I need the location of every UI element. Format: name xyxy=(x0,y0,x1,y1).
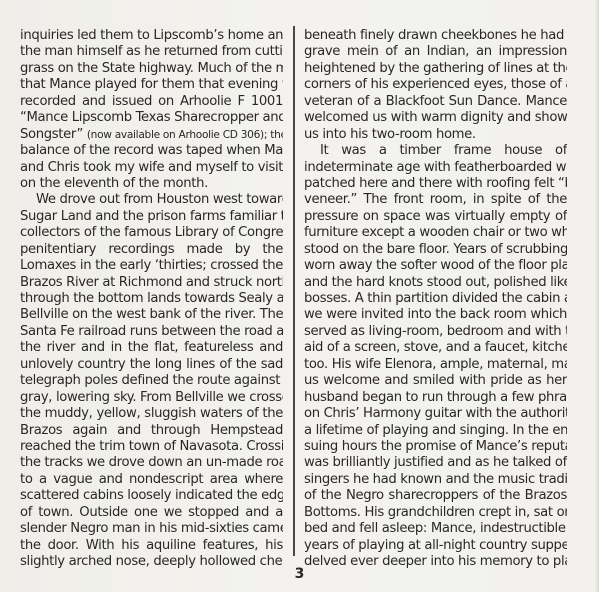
column-divider xyxy=(293,26,295,556)
text-line: too. His wife Elenora, ample, maternal, … xyxy=(304,357,567,373)
text-line: singers he had known and the music tradi… xyxy=(304,472,567,488)
text-line: the door. With his aquiline features, hi… xyxy=(20,538,283,554)
text-line: the muddy, yellow, sluggish waters of th… xyxy=(20,406,283,422)
text-line: stood on the bare floor. Years of scrubb… xyxy=(304,242,567,258)
text-line: that Mance played for them that evening … xyxy=(20,77,283,93)
text-line: the man himself as he returned from cutt… xyxy=(20,44,283,60)
text-line: us into his two-room home. xyxy=(304,127,567,143)
text-line: veneer.” The front room, in spite of the xyxy=(304,192,567,208)
text-line: to a vague and nondescript area where xyxy=(20,472,283,488)
text-line: reached the trim town of Navasota. Cross… xyxy=(20,439,283,455)
paragraph-start-line: We drove out from Houston west towards xyxy=(20,192,283,208)
text-line: unlovely country the long lines of the s… xyxy=(20,357,283,373)
text-line: furniture except a wooden chair or two w… xyxy=(304,225,567,241)
text-line: grass on the State highway. Much of the … xyxy=(20,61,283,77)
text-line: balance of the record was taped when Mac… xyxy=(20,143,283,159)
text-line: telegraph poles defined the route agains… xyxy=(20,373,283,389)
text-line: years of playing at all-night country su… xyxy=(304,538,567,554)
text-line: beneath finely drawn cheekbones he had t… xyxy=(304,28,567,44)
text-line: indeterminate age with featherboarded wa… xyxy=(304,160,567,176)
page-number: 3 xyxy=(0,566,599,582)
text-line: slender Negro man in his mid-sixties cam… xyxy=(20,521,283,537)
text-line: aid of a screen, stove, and a faucet, ki… xyxy=(304,340,567,356)
text-line: inquiries led them to Lipscomb’s home an… xyxy=(20,28,283,44)
text-line: pressure on space was virtually empty of xyxy=(304,209,567,225)
text-line: patched here and there with roofing felt… xyxy=(304,176,567,192)
text-line: Brazos again and through Hempstead xyxy=(20,423,283,439)
page-edge-shadow xyxy=(595,0,599,592)
text-line: the river and in the flat, featureless a… xyxy=(20,340,283,356)
document-page: inquiries led them to Lipscomb’s home an… xyxy=(0,0,599,592)
paragraph-start-line: It was a timber frame house of xyxy=(304,143,567,159)
text-line: the tracks we drove down an un-made road xyxy=(20,455,283,471)
text-line: we were invited into the back room which xyxy=(304,307,567,323)
text-line: was brilliantly justified and as he talk… xyxy=(304,455,567,471)
text-line: bosses. A thin partition divided the cab… xyxy=(304,291,567,307)
text-line: bed and fell asleep: Mance, indestructib… xyxy=(304,521,567,537)
text-line: corners of his experienced eyes, those o… xyxy=(304,77,567,93)
text-line: Brazos River at Richmond and struck nort… xyxy=(20,275,283,291)
text-line: collectors of the famous Library of Cong… xyxy=(20,225,283,241)
text-line: grave mein of an Indian, an impression xyxy=(304,44,567,60)
text-line: of the Negro sharecroppers of the Brazos xyxy=(304,488,567,504)
text-line: through the bottom lands towards Sealy a… xyxy=(20,291,283,307)
text-line: gray, lowering sky. From Bellville we cr… xyxy=(20,390,283,406)
text-line: on Chris’ Harmony guitar with the author… xyxy=(304,406,567,422)
text-line: on the eleventh of the month. xyxy=(20,176,283,192)
text-line: Santa Fe railroad runs between the road … xyxy=(20,324,283,340)
text-line: recorded and issued on Arhoolie F 1001 xyxy=(20,94,283,110)
text-line: Sugar Land and the prison farms familiar… xyxy=(20,209,283,225)
text-line: Bottoms. His grandchildren crept in, sat… xyxy=(304,505,567,521)
text-line: Bellville on the west bank of the river.… xyxy=(20,307,283,323)
text-line: welcomed us with warm dignity and showed xyxy=(304,110,567,126)
text-line: and the hard knots stood out, polished l… xyxy=(304,275,567,291)
text-line: Lomaxes in the early ‘thirties; crossed … xyxy=(20,258,283,274)
text-line: worn away the softer wood of the floor p… xyxy=(304,258,567,274)
text-line: scattered cabins loosely indicated the e… xyxy=(20,488,283,504)
text-line: heightened by the gathering of lines at … xyxy=(304,61,567,77)
text-line-mixed: Songster” (now available on Arhoolie CD … xyxy=(20,127,283,143)
text-line: husband began to run through a few phras… xyxy=(304,390,567,406)
text-line: us welcome and smiled with pride as her xyxy=(304,373,567,389)
text-line: served as living-room, bedroom and with … xyxy=(304,324,567,340)
availability-note: (now available on Arhoolie CD 306); the xyxy=(87,129,283,141)
text-line: suing hours the promise of Mance’s reput… xyxy=(304,439,567,455)
text-line: veteran of a Blackfoot Sun Dance. Mance xyxy=(304,94,567,110)
text-line: “Mance Lipscomb Texas Sharecropper and xyxy=(20,110,283,126)
text-line: a lifetime of playing and singing. In th… xyxy=(304,423,567,439)
album-title-end: Songster” xyxy=(20,127,83,142)
text-line: and Chris took my wife and myself to vis… xyxy=(20,160,283,176)
text-line: penitentiary recordings made by the xyxy=(20,242,283,258)
right-text-column: beneath finely drawn cheekbones he had t… xyxy=(304,28,567,570)
left-text-column: inquiries led them to Lipscomb’s home an… xyxy=(20,28,283,570)
text-line: of town. Outside one we stopped and a xyxy=(20,505,283,521)
